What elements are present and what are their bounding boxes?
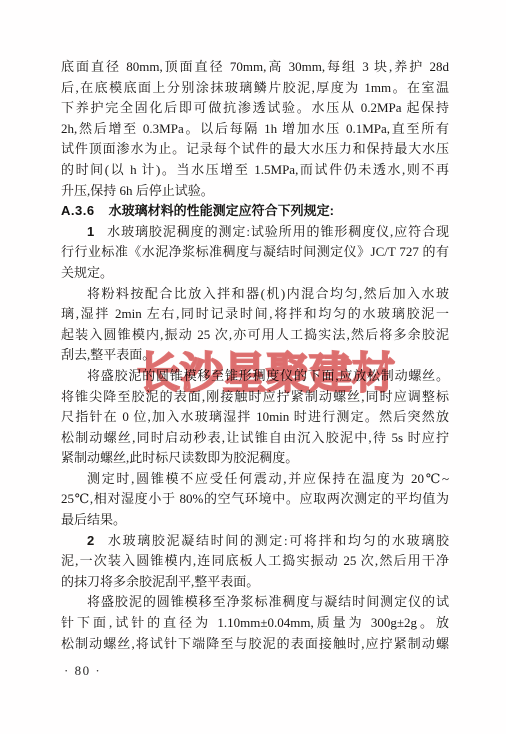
text-line: 的时间(以 h 计)。当水压增至 1.5MPa,而试件仍未透水,则不再 [61, 160, 449, 181]
text-line: 将锥尖降至胶泥的表面,刚接触时应拧紧制动螺丝,同时应调整标 [61, 387, 449, 408]
text-line: 将盛胶泥的圆锥模移至净浆标准稠度与凝结时间测定仪的试 [61, 592, 449, 613]
item-number: 1 [87, 224, 94, 239]
list-item-line: 1水玻璃胶泥稠度的测定:试验所用的锥形稠度仪,应符合现 [61, 222, 449, 243]
clause-number: A.3.6 [61, 203, 95, 218]
document-text-block: 底面直径 80mm,顶面直径 70mm,高 30mm,每组 3 块,养护 28d… [61, 57, 449, 654]
page-number: · 80 · [64, 663, 101, 679]
clause-title: 水玻璃材料的性能测定应符合下列规定: [109, 203, 334, 218]
text-line: 泥,一次装入圆锥模内,连同底板人工捣实振动 25 次,然后用干净 [61, 551, 449, 572]
text-line: 25℃,相对湿度小于 80%的空气环境中。应取两次测定的平均值为 [61, 489, 449, 510]
text-line: 下养护完全固化后即可做抗渗透试验。水压从 0.2MPa 起保持 [61, 98, 449, 119]
text-line: 将粉料按配合比放入拌和器(机)内混合均匀,然后加入水玻 [61, 284, 449, 305]
item-text: 水玻璃胶泥凝结时间的测定:可将拌和均匀的水玻璃胶 [106, 533, 449, 548]
text-line: 璃,湿拌 2min 左右,同时记录时间,将拌和均匀的水玻璃胶泥一 [61, 304, 449, 325]
scanned-document-page: 底面直径 80mm,顶面直径 70mm,高 30mm,每组 3 块,养护 28d… [0, 0, 506, 734]
text-line: 行行业标准《水泥净浆标准稠度与凝结时间测定仪》JC/T 727 的有 [61, 242, 449, 263]
text-line: 的抹刀将多余胶泥刮平,整平表面。 [61, 572, 449, 593]
text-line: 将盛胶泥的圆锥模移至锥形稠度仪的下面,应放松制动螺丝。 [61, 366, 449, 387]
text-line: 测定时,圆锥模不应受任何震动,并应保持在温度为 20℃~ [61, 469, 449, 490]
text-line: 刮去,整平表面。 [61, 345, 449, 366]
text-line: 最后结果。 [61, 510, 449, 531]
text-line: 试件顶面渗水为止。记录每个试件的最大水压力和保持最大水压 [61, 139, 449, 160]
text-line: 针下面,试针的直径为 1.10mm±0.04mm,质量为 300g±2g。放 [61, 613, 449, 634]
text-line: 起装入圆锥模内,振动 25 次,亦可用人工捣实法,然后将多余胶泥 [61, 325, 449, 346]
text-line: 松制动螺丝,同时启动秒表,让试锥自由沉入胶泥中,待 5s 时应拧 [61, 428, 449, 449]
item-text: 水玻璃胶泥稠度的测定:试验所用的锥形稠度仪,应符合现 [106, 224, 449, 239]
item-number: 2 [87, 533, 94, 548]
list-item-line: 2水玻璃胶泥凝结时间的测定:可将拌和均匀的水玻璃胶 [61, 531, 449, 552]
text-line: 后,在底模底面上分别涂抹玻璃鳞片胶泥,厚度为 1mm。在室温 [61, 78, 449, 99]
text-line: 尺指针在 0 位,加入水玻璃湿拌 10min 时进行测定。然后突然放 [61, 407, 449, 428]
clause-heading: A.3.6水玻璃材料的性能测定应符合下列规定: [61, 201, 449, 222]
text-line: 紧制动螺丝,此时标尺读数即为胶泥稠度。 [61, 448, 449, 469]
text-line: 松制动螺丝,将试针下端降至与胶泥的表面接触时,应拧紧制动螺 [61, 634, 449, 655]
text-line: 2h,然后增至 0.3MPa。以后每隔 1h 增加水压 0.1MPa,直至所有 [61, 119, 449, 140]
text-line: 关规定。 [61, 263, 449, 284]
text-line: 升压,保持 6h 后停止试验。 [61, 181, 449, 202]
text-line: 底面直径 80mm,顶面直径 70mm,高 30mm,每组 3 块,养护 28d [61, 57, 449, 78]
